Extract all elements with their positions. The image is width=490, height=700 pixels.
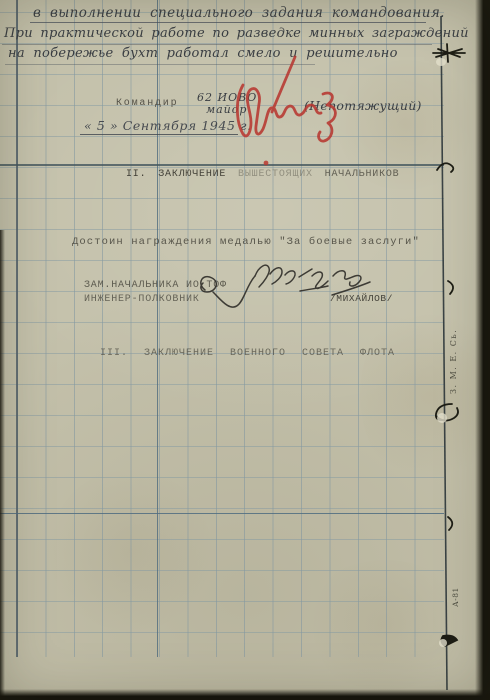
scan-edge-bottom [0, 689, 490, 700]
paper-stain [40, 470, 220, 630]
paper-tear-highlights [436, 58, 447, 647]
commander-label: Командир [116, 98, 178, 109]
section2-heading: II. ЗАКЛЮЧЕНИЕ ВЫШЕСТОЯЩИХ НАЧАЛЬНИКОВ [126, 169, 399, 180]
scanned-award-document: в выполнении специального задания команд… [0, 0, 490, 700]
left-margin-line [16, 0, 18, 657]
red-pencil-dot [264, 161, 269, 166]
ruled-underline [30, 22, 426, 23]
binding-margin-line [441, 16, 447, 690]
section2-word2: ВЫШЕСТОЯЩИХ [238, 169, 313, 180]
handwritten-line-3: на побережье бухт работал смело и решите… [8, 46, 398, 61]
section2-word3: НАЧАЛЬНИКОВ [325, 169, 400, 180]
date-underline [80, 134, 238, 135]
signer-position-line2: ИНЖЕНЕР-ПОЛКОВНИК [84, 294, 200, 305]
date-line: « 5 » Сентября 1945 г. [84, 118, 252, 133]
scan-edge-left [0, 230, 5, 700]
section3-heading: III. ЗАКЛЮЧЕНИЕ ВОЕННОГО СОВЕТА ФЛОТА [100, 348, 395, 359]
signer-name-typed: /МИХАЙЛОВ/ [330, 293, 393, 304]
paper-stain [360, 300, 490, 490]
section2-number: II. [126, 169, 146, 180]
handwritten-line-1: в выполнении специального задания команд… [33, 5, 445, 21]
paper-stain [300, 560, 470, 690]
handwritten-line-2: При практической работе по разведке минн… [4, 26, 469, 41]
paper-mill-stamp-vertical: З. М. Е. Сь. [449, 329, 458, 394]
commander-name-handwritten: (Непотяжущий) [304, 98, 422, 113]
signer-position-line1: ЗАМ.НАЧАЛЬНИКА ИО ТОФ [84, 280, 227, 291]
conclusion-text: Достоин награждения медалью "За боевые з… [72, 236, 420, 248]
ruled-underline [5, 64, 315, 65]
scan-edge-right [475, 0, 490, 700]
commander-rank-handwritten: майор [206, 103, 247, 116]
accent-horizontal-line [0, 164, 444, 166]
section2-word1: ЗАКЛЮЧЕНИЕ [158, 169, 226, 180]
form-code-vertical: А-81 [451, 587, 460, 607]
ruled-underline [2, 44, 432, 45]
accent-horizontal-line [0, 513, 444, 514]
